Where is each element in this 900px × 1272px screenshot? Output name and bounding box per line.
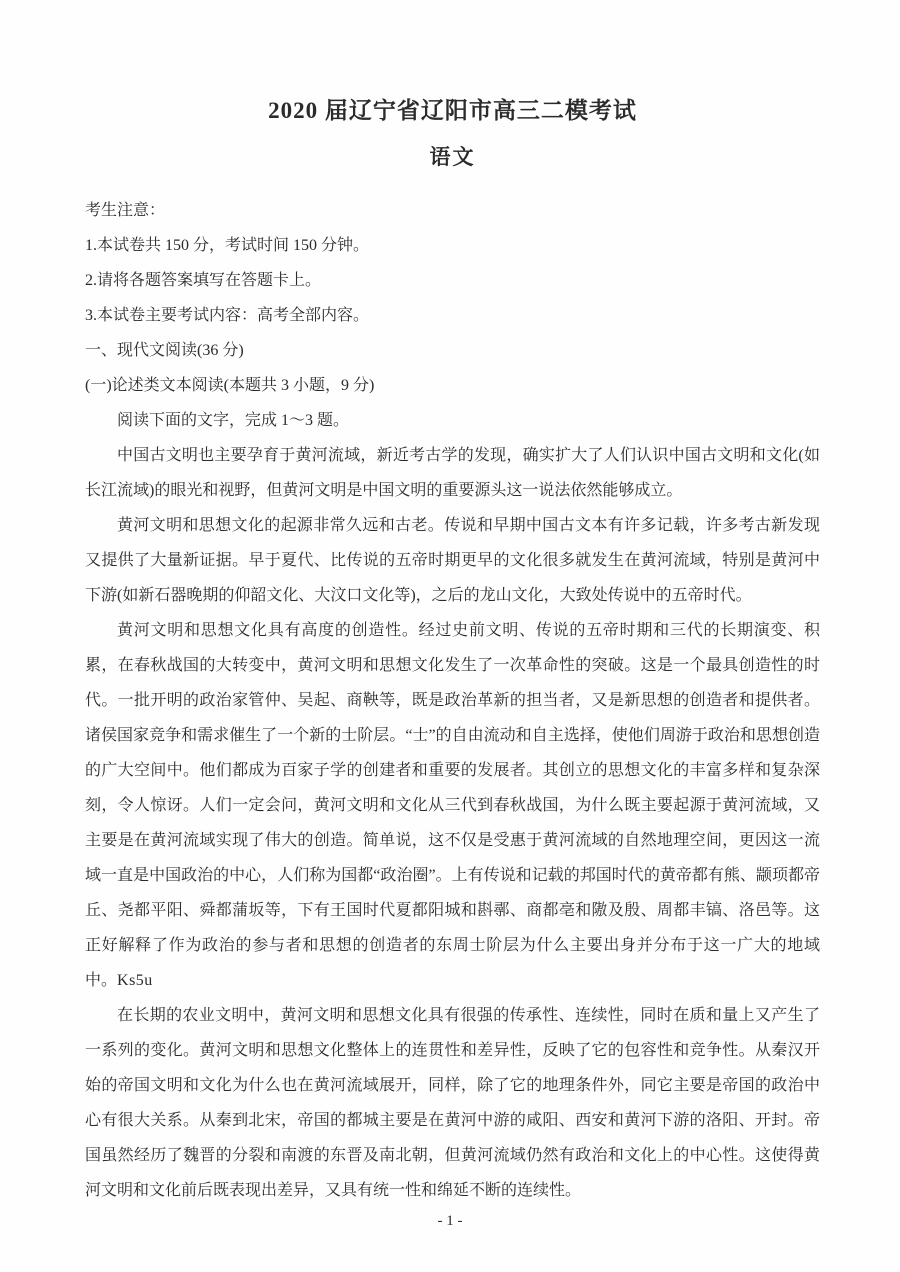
- ks5u-watermark: Ks5u: [117, 972, 153, 989]
- reading-instruction: 阅读下面的文字，完成 1～3 题。: [85, 403, 820, 438]
- notice-heading: 考生注意：: [85, 193, 820, 228]
- passage-paragraph-1: 中国古文明也主要孕育于黄河流域，新近考古学的发现，确实扩大了人们认识中国古文明和…: [85, 438, 820, 508]
- passage-paragraph-4: 在长期的农业文明中，黄河文明和思想文化具有很强的传承性、连续性，同时在质和量上又…: [85, 998, 820, 1208]
- notice-item-2: 2.请将各题答案填写在答题卡上。: [85, 263, 820, 298]
- section-heading: 一、现代文阅读(36 分): [85, 333, 820, 368]
- page-content: 2020 届辽宁省辽阳市高三二模考试 语文 考生注意： 1.本试卷共 150 分…: [0, 0, 900, 1208]
- page-number: - 1 -: [0, 1213, 900, 1230]
- notice-item-3: 3.本试卷主要考试内容：高考全部内容。: [85, 298, 820, 333]
- subsection-heading: (一)论述类文本阅读(本题共 3 小题，9 分): [85, 368, 820, 403]
- exam-paper-page: 2020 届辽宁省辽阳市高三二模考试 语文 考生注意： 1.本试卷共 150 分…: [0, 0, 900, 1272]
- exam-subject: 语文: [85, 141, 820, 171]
- passage-paragraph-3: 黄河文明和思想文化具有高度的创造性。经过史前文明、传说的五帝时期和三代的长期演变…: [85, 613, 820, 998]
- exam-title: 2020 届辽宁省辽阳市高三二模考试: [85, 92, 820, 125]
- notice-item-1: 1.本试卷共 150 分，考试时间 150 分钟。: [85, 228, 820, 263]
- passage-paragraph-3-text: 黄河文明和思想文化具有高度的创造性。经过史前文明、传说的五帝时期和三代的长期演变…: [85, 622, 820, 989]
- passage-paragraph-2: 黄河文明和思想文化的起源非常久远和古老。传说和早期中国古文本有许多记载，许多考古…: [85, 508, 820, 613]
